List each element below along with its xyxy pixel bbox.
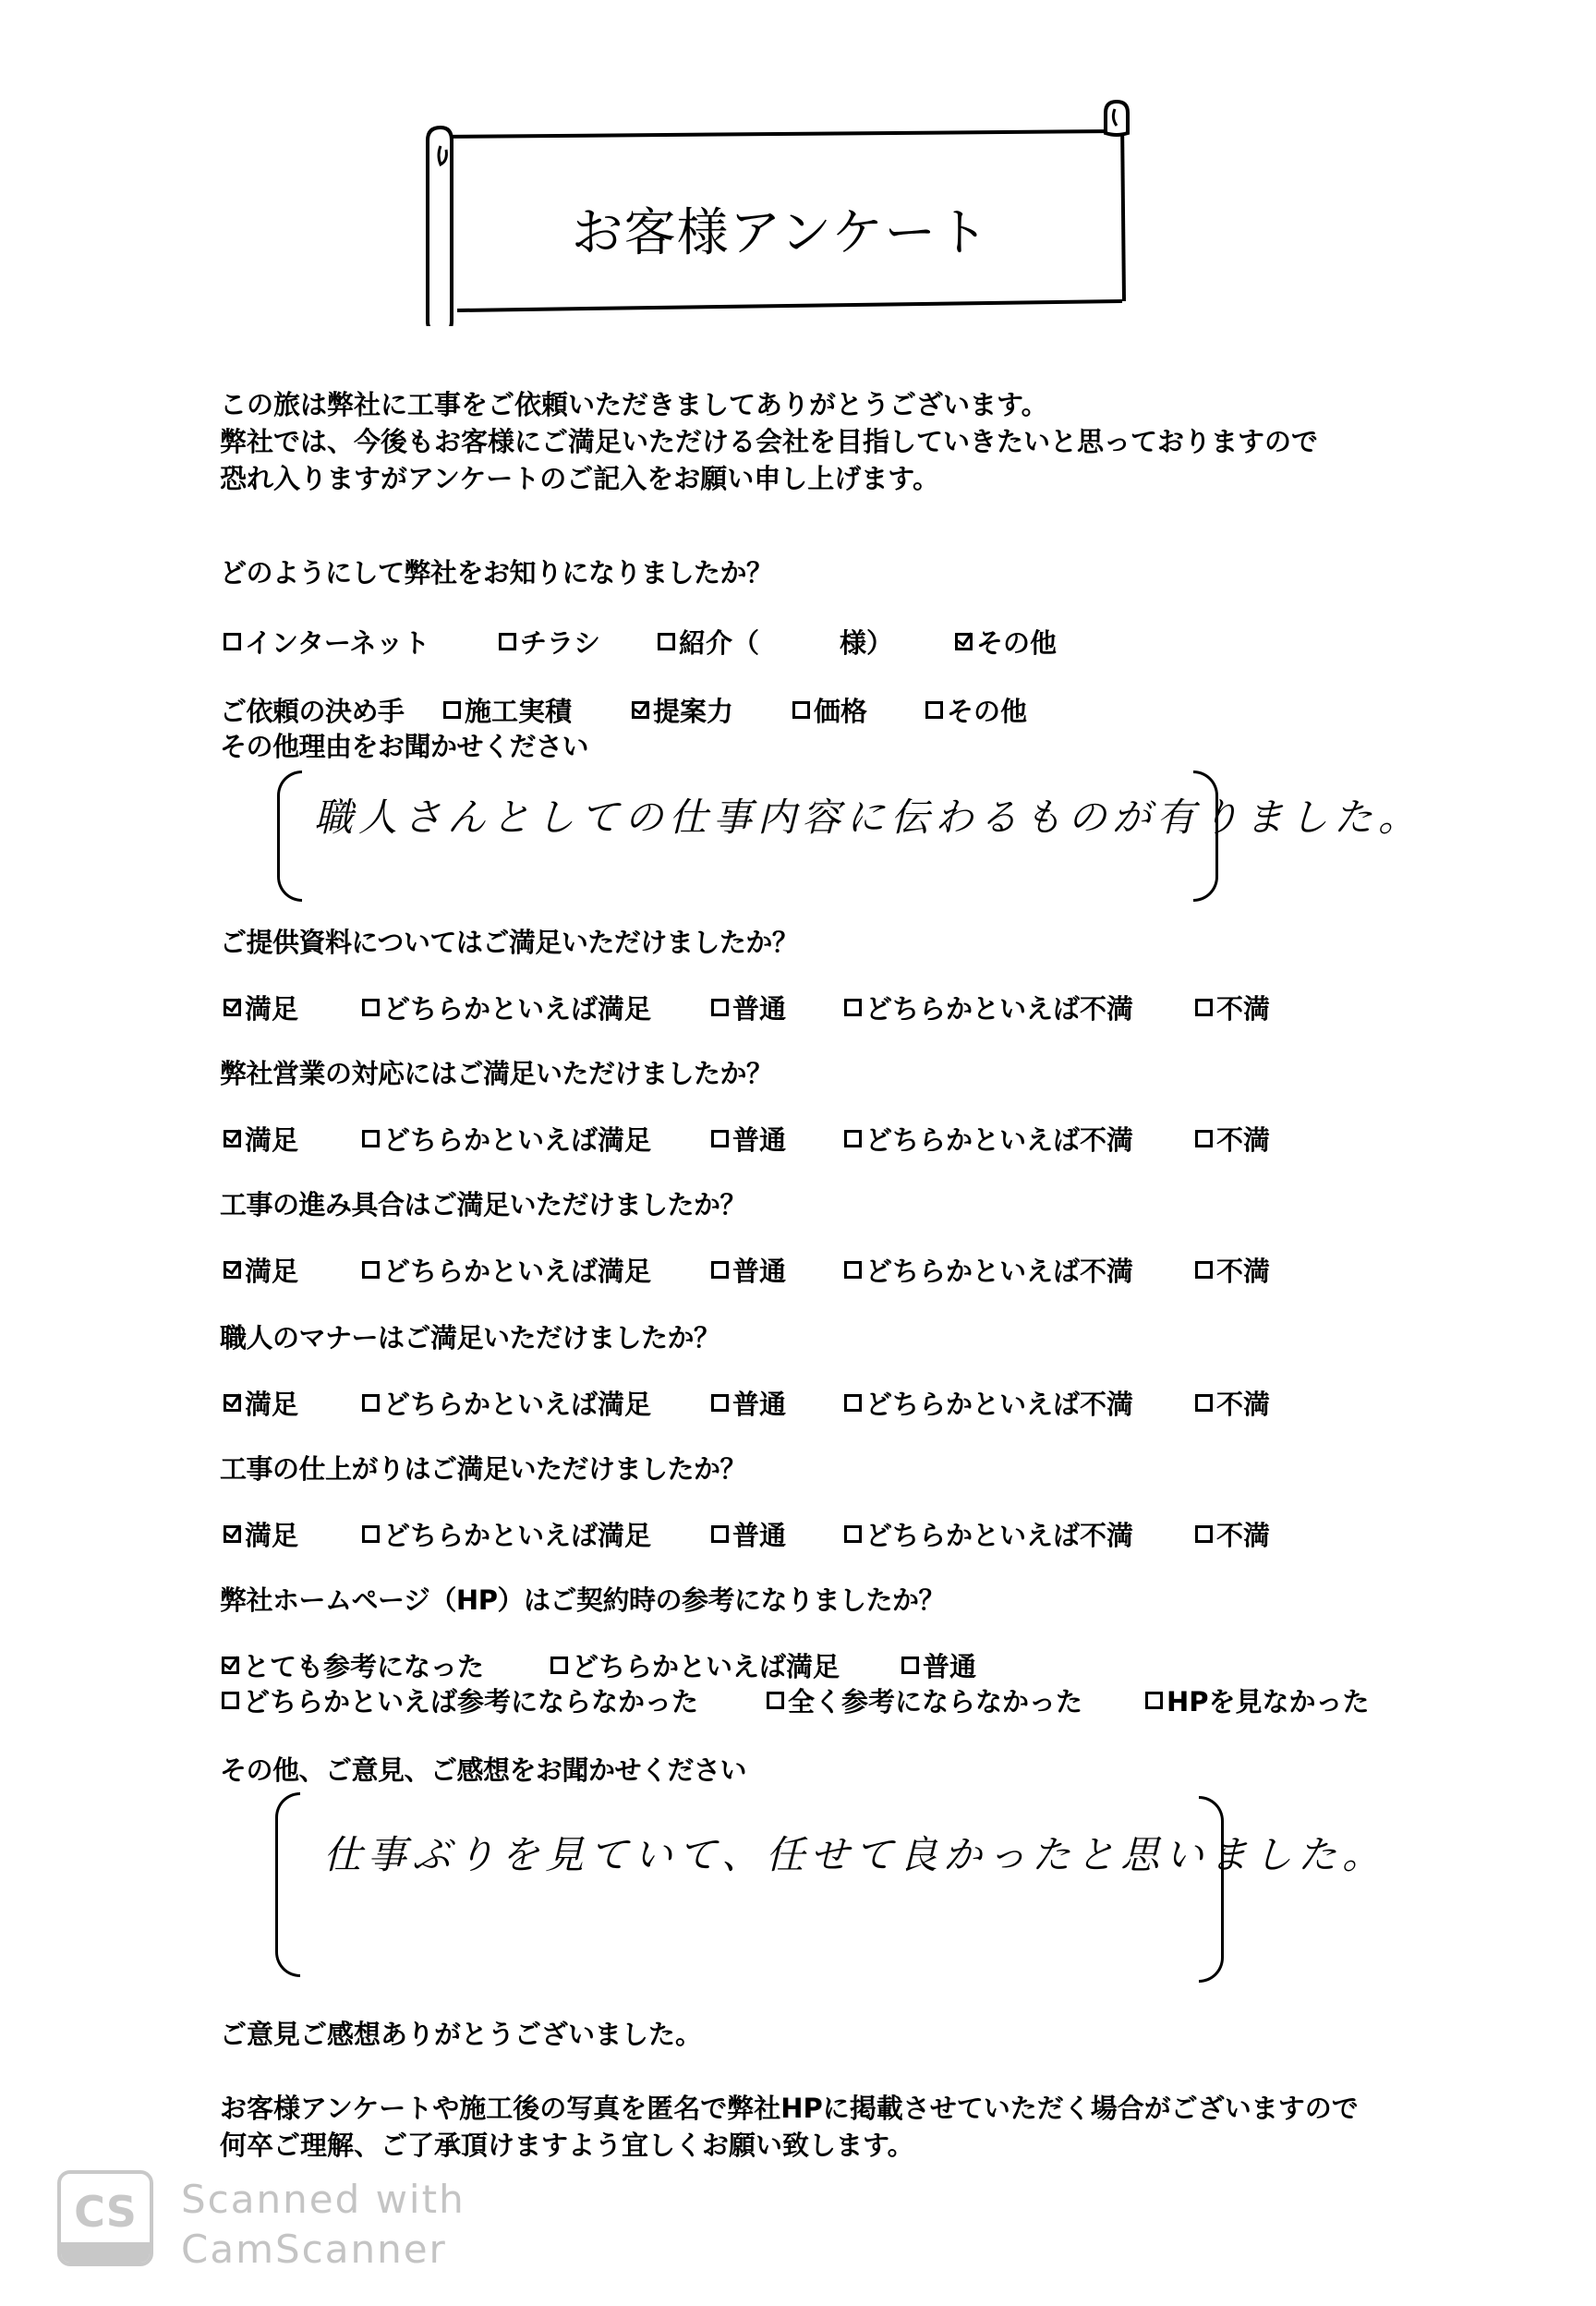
checkbox-checked-icon[interactable] [632, 701, 649, 719]
rating-question: ご提供資料についてはご満足いただけましたか？ [220, 922, 798, 960]
checkbox-icon[interactable] [711, 1525, 729, 1543]
thanks-text: ご意見ご感想ありがとうございました。 [220, 2016, 702, 2053]
option-referral[interactable]: 紹介（ 様） [658, 623, 893, 661]
notice-line: お客様アンケートや施工後の写真を匿名で弊社HPに掲載させていただく場合がございま… [220, 2090, 1359, 2127]
answer-bracket-left [275, 1792, 300, 1977]
rating-option-satisfied[interactable]: 満足 [224, 989, 298, 1026]
deciding-factor-label: ご依頼の決め手 [220, 691, 405, 729]
checkbox-checked-icon[interactable] [222, 1657, 239, 1674]
question-how-found: どのようにして弊社をお知りになりましたか？ [220, 552, 773, 590]
checkbox-checked-icon[interactable] [224, 1261, 241, 1279]
rating-option-dissatisfied[interactable]: 不満 [1195, 989, 1270, 1026]
checkbox-icon[interactable] [844, 1130, 862, 1147]
checkbox-icon[interactable] [1145, 1692, 1163, 1709]
rating-option-satisfied[interactable]: 満足 [224, 1515, 298, 1553]
checkbox-icon[interactable] [362, 1130, 380, 1147]
checkbox-icon[interactable] [1195, 999, 1213, 1016]
checkbox-icon[interactable] [844, 1261, 862, 1279]
option-somewhat-unhelpful[interactable]: どちらかといえば参考にならなかった [222, 1681, 698, 1719]
rating-option-somewhat-satisfied[interactable]: どちらかといえば満足 [362, 989, 651, 1026]
checkbox-icon[interactable] [362, 1394, 380, 1412]
page-title: お客様アンケート [420, 192, 1141, 266]
checkbox-icon[interactable] [1195, 1394, 1213, 1412]
rating-option-average[interactable]: 普通 [711, 1384, 786, 1422]
checkbox-icon[interactable] [711, 999, 729, 1016]
intro-line: 恐れ入りますがアンケートのご記入をお願い申し上げます。 [220, 460, 1318, 497]
checkbox-icon[interactable] [1195, 1130, 1213, 1147]
comments-answer[interactable]: 仕事ぶりを見ていて、任せて良かったと思いました。 [323, 1825, 1386, 1880]
option-not-helpful[interactable]: 全く参考にならなかった [767, 1681, 1082, 1719]
rating-option-dissatisfied[interactable]: 不満 [1195, 1515, 1270, 1553]
rating-option-somewhat-dissatisfied[interactable]: どちらかといえば不満 [844, 1120, 1133, 1158]
checkbox-icon[interactable] [499, 633, 516, 650]
rating-option-somewhat-dissatisfied[interactable]: どちらかといえば不満 [844, 1251, 1133, 1289]
checkbox-icon[interactable] [711, 1261, 729, 1279]
checkbox-icon[interactable] [658, 633, 675, 650]
rating-option-somewhat-dissatisfied[interactable]: どちらかといえば不満 [844, 1515, 1133, 1553]
answer-bracket-left [277, 771, 302, 902]
checkbox-icon[interactable] [222, 1692, 239, 1709]
question-homepage: 弊社ホームページ（HP）はご契約時の参考になりましたか？ [220, 1580, 945, 1618]
checkbox-checked-icon[interactable] [224, 999, 241, 1016]
rating-question: 職人のマナーはご満足いただけましたか？ [220, 1317, 720, 1355]
comments-prompt: その他、ご意見、ご感想をお聞かせください [220, 1750, 746, 1788]
checkbox-icon[interactable] [1195, 1525, 1213, 1543]
checkbox-icon[interactable] [1195, 1261, 1213, 1279]
option-track-record[interactable]: 施工実積 [443, 691, 572, 729]
rating-question: 弊社営業の対応にはご満足いただけましたか？ [220, 1053, 773, 1091]
notice-line: 何卒ご理解、ご了承頂けますよう宜しくお願い致します。 [220, 2127, 1359, 2164]
option-very-helpful[interactable]: とても参考になった [222, 1646, 484, 1684]
rating-option-dissatisfied[interactable]: 不満 [1195, 1384, 1270, 1422]
option-other[interactable]: その他 [955, 623, 1057, 661]
option-did-not-view-hp[interactable]: HPを見なかった [1145, 1681, 1370, 1719]
checkbox-checked-icon[interactable] [224, 1525, 241, 1543]
intro-line: 弊社では、今後もお客様にご満足いただける会社を目指していきたいと思っておりますの… [220, 423, 1318, 460]
checkbox-icon[interactable] [362, 1525, 380, 1543]
checkbox-icon[interactable] [550, 1657, 568, 1674]
rating-option-average[interactable]: 普通 [711, 989, 786, 1026]
rating-option-average[interactable]: 普通 [711, 1515, 786, 1553]
rating-option-dissatisfied[interactable]: 不満 [1195, 1251, 1270, 1289]
rating-option-somewhat-dissatisfied[interactable]: どちらかといえば不満 [844, 989, 1133, 1026]
rating-option-somewhat-satisfied[interactable]: どちらかといえば満足 [362, 1120, 651, 1158]
option-internet[interactable]: インターネット [224, 623, 429, 661]
publication-notice: お客様アンケートや施工後の写真を匿名で弊社HPに掲載させていただく場合がございま… [220, 2090, 1359, 2164]
checkbox-icon[interactable] [362, 999, 380, 1016]
intro-line: この旅は弊社に工事をご依頼いただきましてありがとうございます。 [220, 386, 1318, 423]
option-other-factor[interactable]: その他 [925, 691, 1027, 729]
rating-option-average[interactable]: 普通 [711, 1251, 786, 1289]
option-flyer[interactable]: チラシ [499, 623, 600, 661]
checkbox-icon[interactable] [362, 1261, 380, 1279]
rating-question: 工事の仕上がりはご満足いただけましたか？ [220, 1449, 746, 1487]
rating-option-satisfied[interactable]: 満足 [224, 1251, 298, 1289]
option-proposal[interactable]: 提案力 [632, 691, 733, 729]
rating-option-somewhat-satisfied[interactable]: どちらかといえば満足 [362, 1384, 651, 1422]
reason-prompt: その他理由をお聞かせください [220, 726, 588, 764]
checkbox-icon[interactable] [711, 1394, 729, 1412]
rating-option-satisfied[interactable]: 満足 [224, 1120, 298, 1158]
rating-option-somewhat-satisfied[interactable]: どちらかといえば満足 [362, 1515, 651, 1553]
reason-answer[interactable]: 職人さんとしての仕事内容に伝わるものが有りました。 [314, 787, 1422, 843]
checkbox-icon[interactable] [844, 1525, 862, 1543]
checkbox-checked-icon[interactable] [224, 1394, 241, 1412]
checkbox-icon[interactable] [901, 1657, 919, 1674]
checkbox-icon[interactable] [792, 701, 810, 719]
rating-option-satisfied[interactable]: 満足 [224, 1384, 298, 1422]
checkbox-icon[interactable] [844, 999, 862, 1016]
intro-text: この旅は弊社に工事をご依頼いただきましてありがとうございます。 弊社では、今後も… [220, 386, 1318, 497]
checkbox-checked-icon[interactable] [224, 1130, 241, 1147]
option-somewhat-satisfied[interactable]: どちらかといえば満足 [550, 1646, 840, 1684]
checkbox-checked-icon[interactable] [955, 633, 973, 650]
checkbox-icon[interactable] [925, 701, 943, 719]
rating-option-dissatisfied[interactable]: 不満 [1195, 1120, 1270, 1158]
camscanner-watermark: Scanned with CamScanner [181, 2175, 465, 2275]
checkbox-icon[interactable] [767, 1692, 784, 1709]
checkbox-icon[interactable] [844, 1394, 862, 1412]
rating-question: 工事の進み具合はご満足いただけましたか？ [220, 1184, 746, 1222]
rating-option-average[interactable]: 普通 [711, 1120, 786, 1158]
checkbox-icon[interactable] [443, 701, 461, 719]
rating-option-somewhat-dissatisfied[interactable]: どちらかといえば不満 [844, 1384, 1133, 1422]
option-average[interactable]: 普通 [901, 1646, 976, 1684]
camscanner-logo-icon: CS [57, 2170, 153, 2266]
option-price[interactable]: 価格 [792, 691, 867, 729]
title-banner: お客様アンケート [420, 100, 1141, 326]
checkbox-icon[interactable] [711, 1130, 729, 1147]
checkbox-icon[interactable] [224, 633, 241, 650]
rating-option-somewhat-satisfied[interactable]: どちらかといえば満足 [362, 1251, 651, 1289]
